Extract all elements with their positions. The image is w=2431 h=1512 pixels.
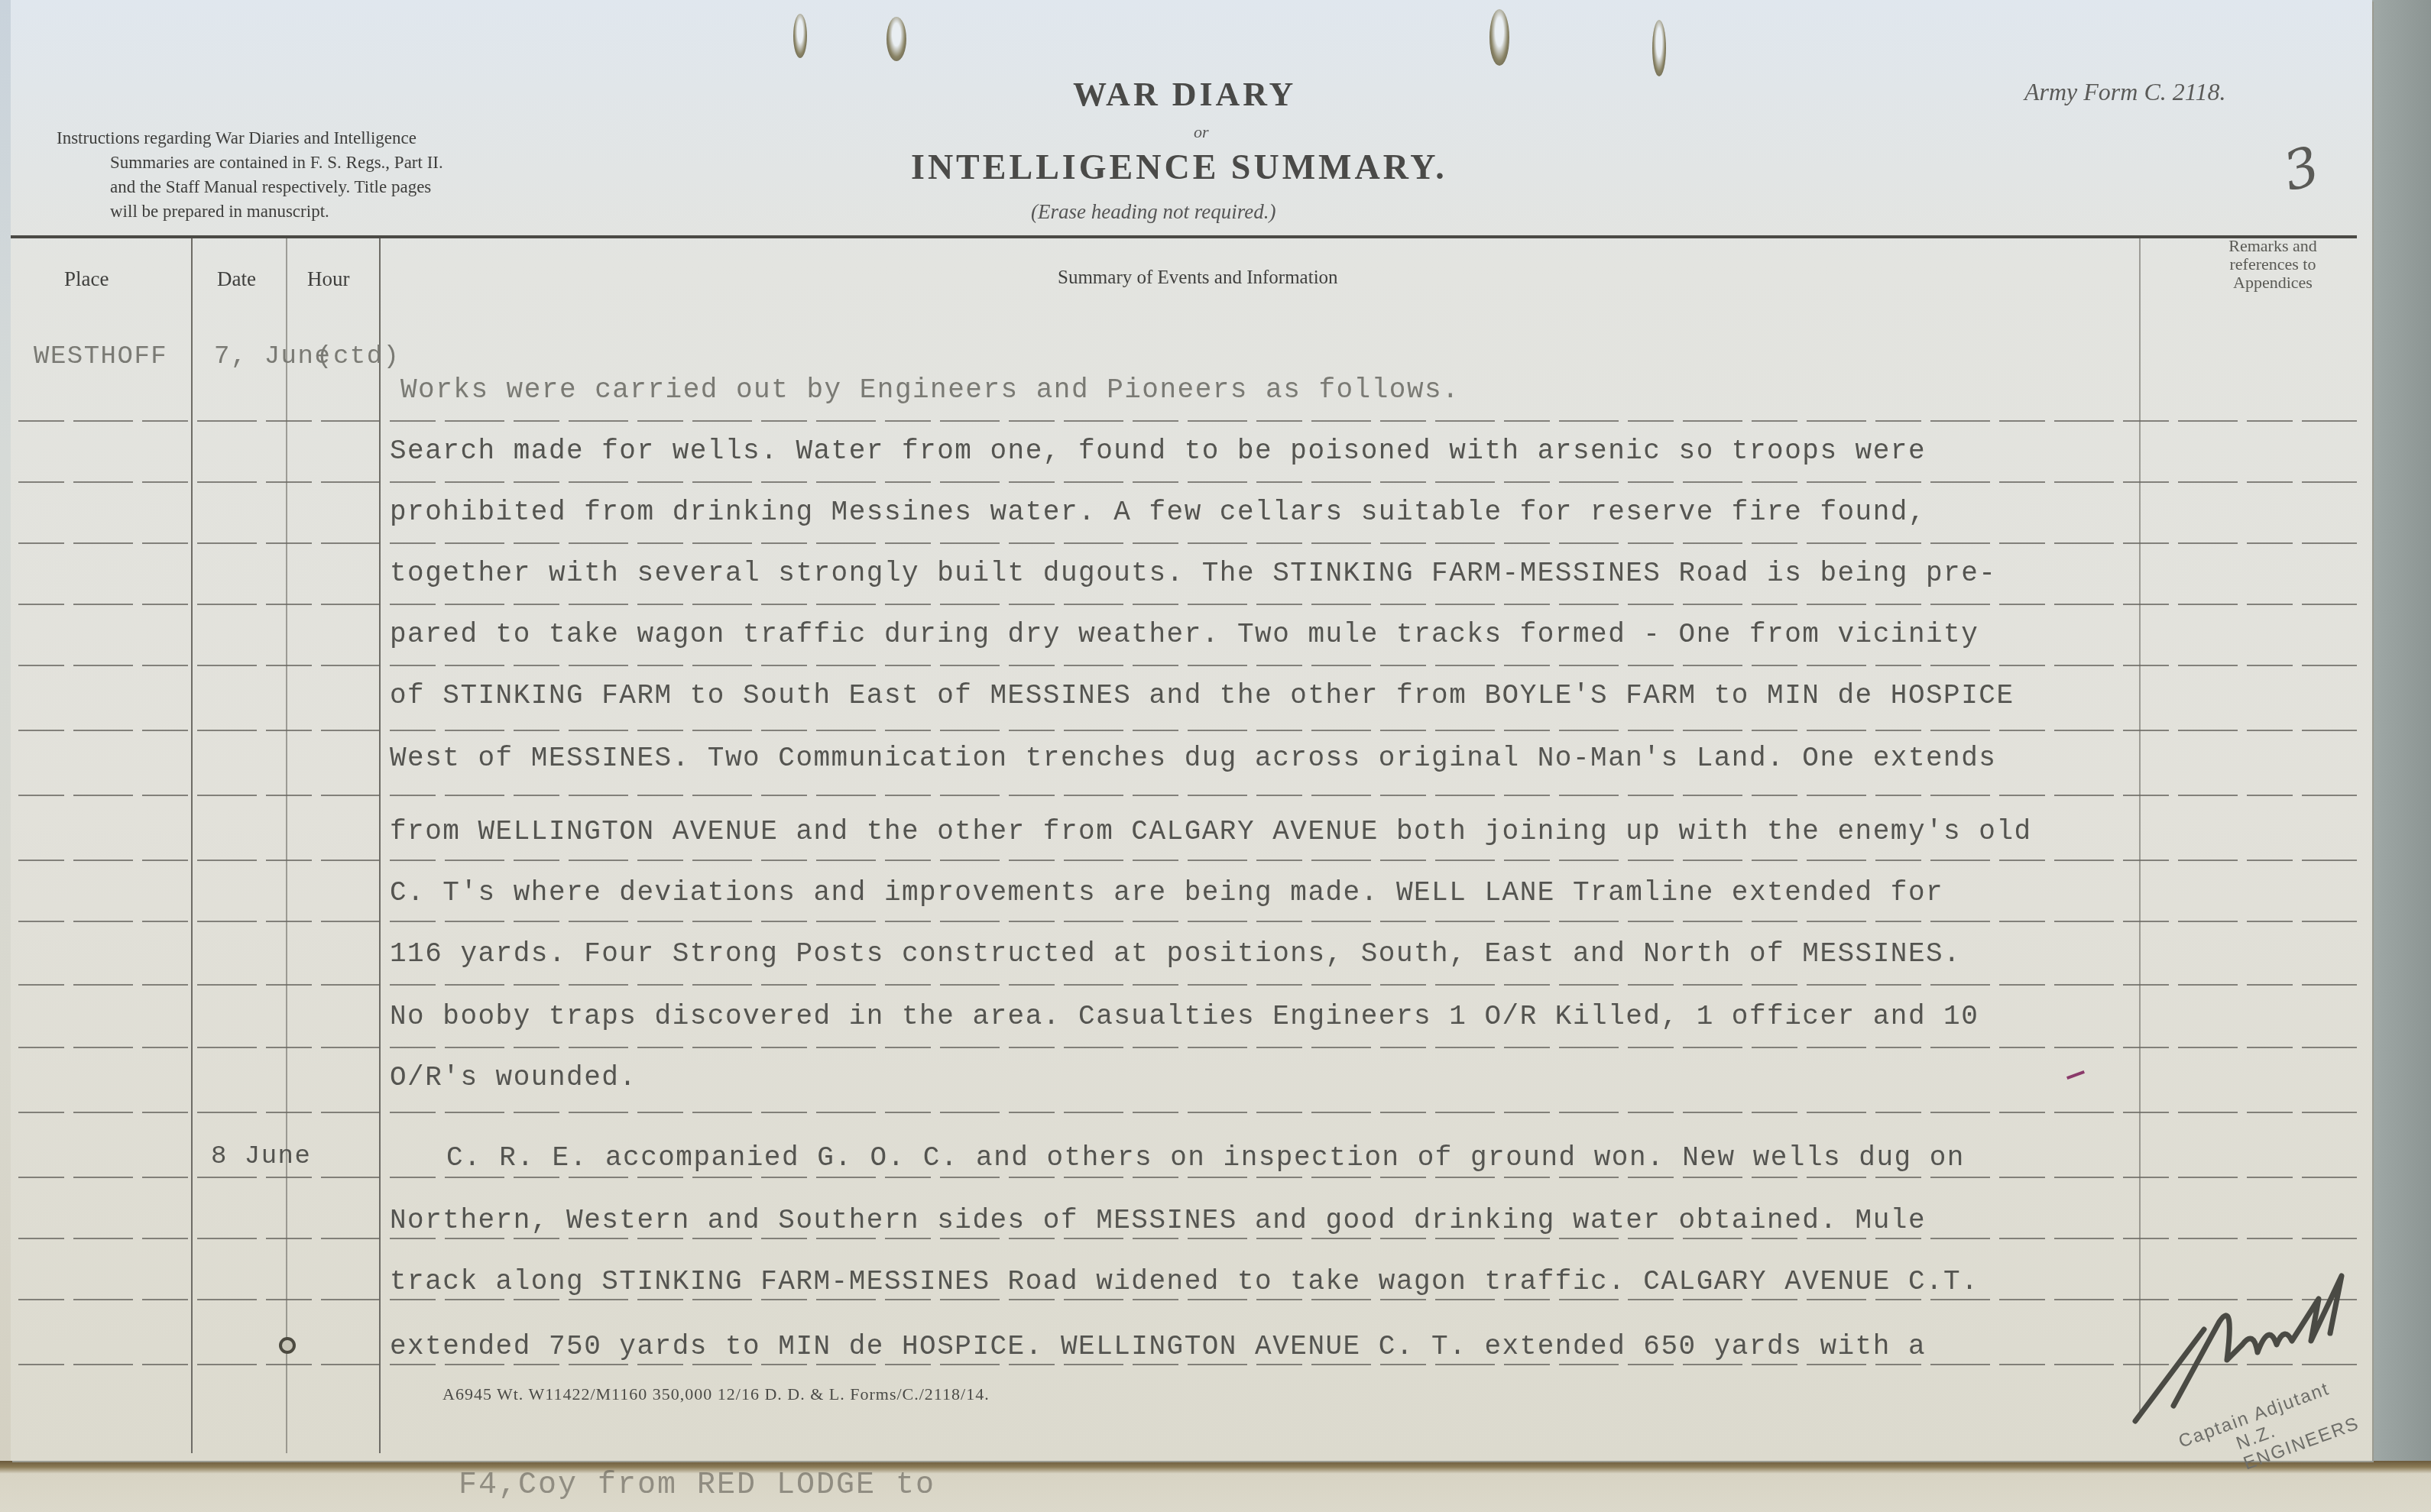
erase-heading-note: (Erase heading not required.) bbox=[1031, 200, 1275, 224]
remarks-line: references to bbox=[2185, 255, 2361, 274]
summary-line: together with several strongly built dug… bbox=[390, 558, 1996, 589]
row-rule bbox=[18, 1047, 2357, 1048]
remarks-line: Remarks and bbox=[2185, 237, 2361, 255]
row-rule bbox=[18, 420, 2357, 422]
row-rule bbox=[18, 860, 2357, 861]
war-diary-page: Instructions regarding War Diaries and I… bbox=[11, 0, 2372, 1461]
row-rule bbox=[18, 665, 2357, 666]
row-rule bbox=[18, 481, 2357, 483]
title-war-diary: WAR DIARY bbox=[1073, 75, 1296, 114]
summary-line: 116 yards. Four Strong Posts constructed… bbox=[390, 938, 1961, 970]
army-form-number: Army Form C. 2118. bbox=[2024, 78, 2225, 106]
row-rule bbox=[18, 1364, 2357, 1365]
pin-hole bbox=[279, 1337, 296, 1354]
title-intelligence-summary: INTELLIGENCE SUMMARY. bbox=[911, 147, 1447, 187]
summary-line: from WELLINGTON AVENUE and the other fro… bbox=[390, 816, 2032, 847]
row-rule bbox=[18, 795, 2357, 796]
summary-line: of STINKING FARM to South East of MESSIN… bbox=[390, 680, 2014, 711]
summary-line: track along STINKING FARM-MESSINES Road … bbox=[390, 1266, 1979, 1297]
row-rule bbox=[18, 1238, 2357, 1239]
summary-line: prohibited from drinking Messines water.… bbox=[390, 497, 1926, 528]
ink-mark bbox=[2066, 1070, 2085, 1080]
row-rule bbox=[18, 921, 2357, 922]
printer-imprint: A6945 Wt. W11422/M1160 350,000 12/16 D. … bbox=[442, 1384, 990, 1404]
summary-line: C. T's where deviations and improvements… bbox=[390, 877, 1943, 908]
entry-date: 8 June bbox=[211, 1142, 311, 1171]
punch-hole bbox=[1652, 20, 1666, 76]
page-number: 3 bbox=[2277, 134, 2326, 204]
row-rule bbox=[18, 984, 2357, 986]
column-header-place: Place bbox=[64, 267, 109, 291]
row-rule bbox=[18, 604, 2357, 605]
summary-line: No booby traps discovered in the area. C… bbox=[390, 1001, 1979, 1032]
entry-hour: (ctd) bbox=[316, 342, 400, 371]
summary-line: extended 750 yards to MIN de HOSPICE. WE… bbox=[390, 1331, 1926, 1362]
summary-line: Works were carried out by Engineers and … bbox=[400, 374, 1460, 406]
punch-hole bbox=[1489, 9, 1509, 66]
instructions-line: Instructions regarding War Diaries and I… bbox=[57, 126, 622, 151]
background-edge bbox=[2372, 0, 2431, 1512]
instructions-note: Instructions regarding War Diaries and I… bbox=[57, 126, 622, 224]
instructions-line: Summaries are contained in F. S. Regs., … bbox=[57, 151, 622, 175]
instructions-line: will be prepared in manuscript. bbox=[57, 199, 622, 224]
column-header-date: Date bbox=[217, 267, 256, 291]
header-rule bbox=[11, 235, 2357, 238]
summary-line: C. R. E. accompanied G. O. C. and others… bbox=[446, 1142, 1965, 1174]
entry-date: 7, June bbox=[214, 342, 331, 371]
summary-line: West of MESSINES. Two Communication tren… bbox=[390, 743, 1996, 774]
column-header-remarks: Remarks and references to Appendices bbox=[2185, 237, 2361, 292]
instructions-line: and the Staff Manual respectively. Title… bbox=[57, 175, 622, 199]
punch-hole bbox=[887, 17, 906, 61]
summary-line: Search made for wells. Water from one, f… bbox=[390, 435, 1926, 467]
summary-line: pared to take wagon traffic during dry w… bbox=[390, 619, 1979, 650]
row-rule bbox=[18, 542, 2357, 544]
underlying-page-text: F4,Coy from RED LODGE to bbox=[459, 1468, 935, 1503]
column-header-summary: Summary of Events and Information bbox=[1058, 267, 1338, 289]
summary-line: Northern, Western and Southern sides of … bbox=[390, 1205, 1926, 1236]
underlying-page bbox=[0, 1461, 2431, 1512]
summary-line: O/R's wounded. bbox=[390, 1062, 637, 1093]
column-header-hour: Hour bbox=[307, 267, 350, 291]
remarks-line: Appendices bbox=[2185, 274, 2361, 292]
row-rule bbox=[18, 1177, 2357, 1178]
row-rule bbox=[18, 730, 2357, 731]
row-rule bbox=[18, 1299, 2357, 1300]
row-rule bbox=[18, 1112, 2357, 1113]
punch-hole bbox=[793, 14, 807, 58]
entry-place: WESTHOFF bbox=[34, 342, 167, 371]
title-or: or bbox=[1194, 122, 1209, 142]
